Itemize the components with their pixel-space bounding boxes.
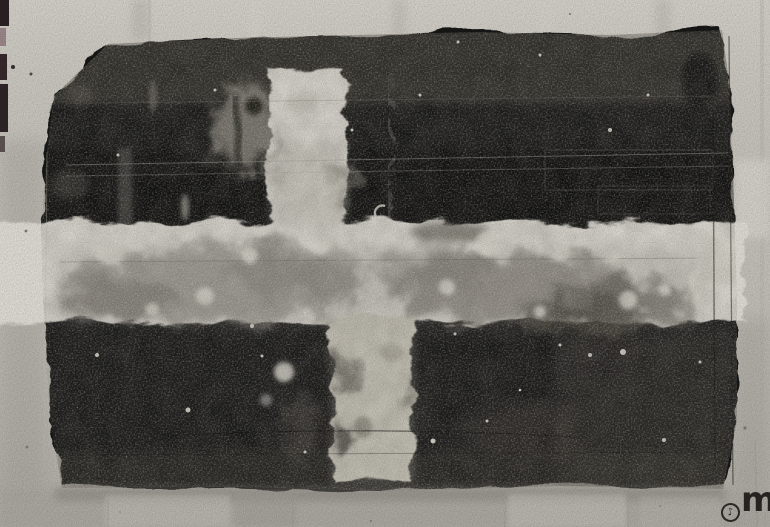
artwork-photo: ♪ m <box>0 0 770 527</box>
grain-texture <box>0 0 770 527</box>
flag-print-canvas <box>0 0 770 527</box>
artist-initial-mark: m <box>741 483 770 517</box>
